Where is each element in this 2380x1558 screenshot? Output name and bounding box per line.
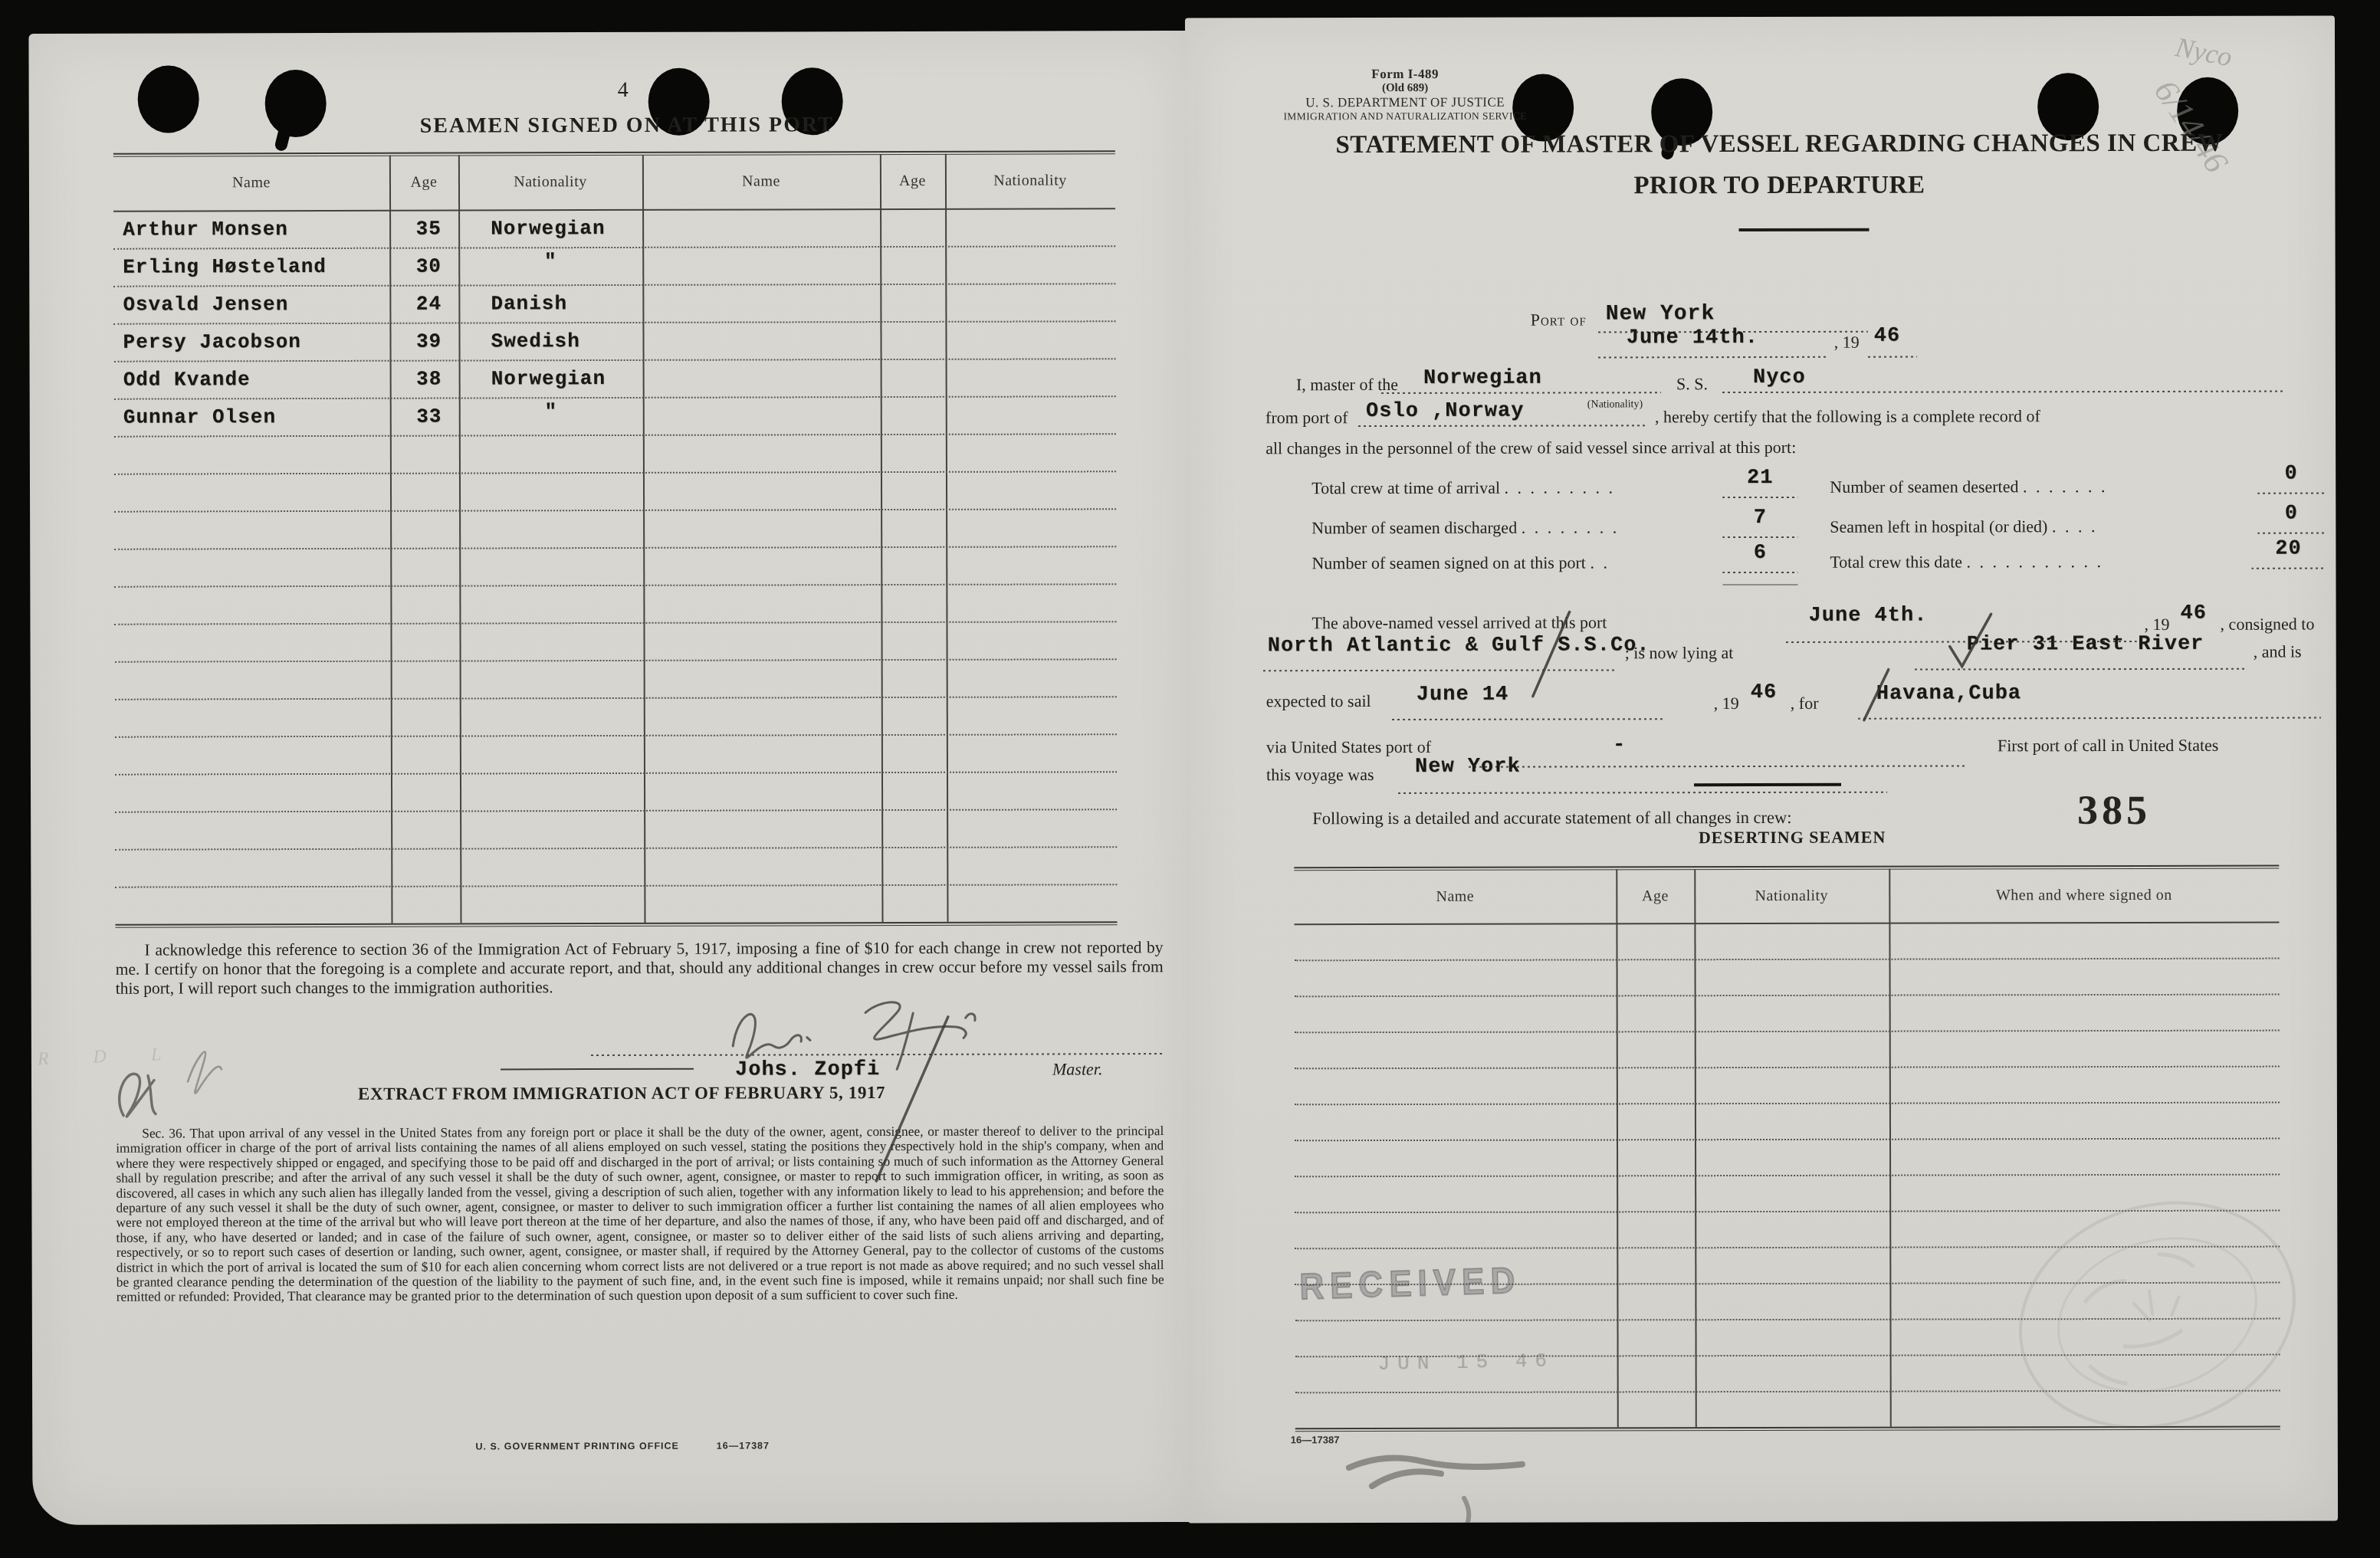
left-page-pen-marks — [28, 31, 1191, 1525]
pencil-scribble — [120, 1074, 156, 1117]
scanned-document: 4 SEAMEN SIGNED ON AT THIS PORT Name Age… — [0, 0, 2380, 1558]
pencil-scribble — [188, 1051, 222, 1093]
ink-smudge — [1349, 1458, 1522, 1486]
ink-smudge — [1464, 1498, 1469, 1524]
form-code-footer: 16—17387 — [1291, 1434, 1340, 1445]
pen-checkmark — [1950, 614, 1991, 666]
pen-slash — [1533, 612, 1570, 697]
pen-slash — [876, 1017, 949, 1181]
left-page: 4 SEAMEN SIGNED ON AT THIS PORT Name Age… — [28, 31, 1191, 1525]
pen-slash — [1864, 670, 1889, 720]
right-page-pen-marks — [1185, 15, 2338, 1523]
right-page: Form I-489 (Old 689) U. S. DEPARTMENT OF… — [1185, 15, 2338, 1523]
